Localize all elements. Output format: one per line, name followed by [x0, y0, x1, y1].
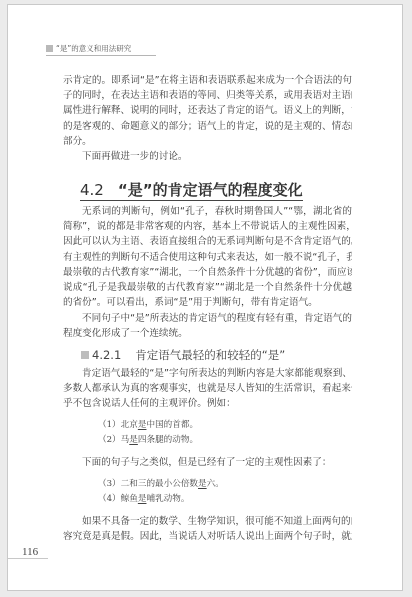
example-text: 哺乳动物。	[146, 494, 189, 504]
header-square-marker	[46, 45, 53, 52]
example-2: （2）马是四条腿的动物。	[98, 433, 198, 448]
paragraph-5: 肯定语气最轻的“是”字句所表达的判断内容是大家都能观察到、 多数人都承认为真的客…	[63, 366, 352, 412]
text-line: 无系词的判断句，例如“孔子，春秋时期鲁国人”“鄂，湖北省的	[63, 204, 352, 219]
paragraph-4: 不同句子中“是”所表达的肯定语气的程度有轻有重，肯定语气的 程度变化形成了一个连…	[63, 311, 352, 341]
example-number: （3）	[98, 479, 121, 489]
example-number: （1）	[98, 420, 121, 430]
paragraph-2: 下面再做进一步的讨论。	[63, 149, 352, 164]
paragraph-6: 下面的句子与之类似，但是已经有了一定的主观性因素了：	[63, 455, 352, 470]
example-4: （4）鲸鱼是哺乳动物。	[98, 492, 189, 507]
text-line: 的省份”。可以看出，系词“是”用于判断句，带有肯定语气。	[63, 295, 352, 310]
running-header-text: “是”的意义和用法研究	[56, 44, 131, 53]
section-number: 4.2	[80, 181, 104, 199]
text-line: 多数人都承认为真的客观事实，也就是尽人皆知的生活常识，看起来似	[63, 381, 352, 396]
paragraph-7: 如果不具备一定的数学、生物学知识，很可能不知道上面两句的内 容究竟是真是假。因此…	[63, 514, 352, 544]
example-emphasis: 是	[198, 479, 207, 489]
example-text: 六。	[207, 479, 224, 489]
page-number: 116	[22, 546, 40, 558]
section-heading: 4.2“是”的肯定语气的程度变化	[80, 182, 303, 201]
text-line: 示肯定的。即系词“是”在将主语和表语联系起来成为一个合语法的句	[63, 73, 352, 88]
text-line: 乎不包含说话人任何的主观评价。例如：	[63, 396, 352, 411]
text-line: 的是客观的、命题意义的部分；语气上的肯定，说的是主观的、情态的	[63, 119, 352, 134]
example-3: （3）二和三的最小公倍数是六。	[98, 477, 224, 492]
example-text: 北京	[121, 420, 138, 430]
example-text: 中国的首都。	[146, 420, 198, 430]
text-line: 属性进行解释、说明的同时，还表达了肯定的语气。语义上的判断，说	[63, 103, 352, 118]
example-text: 四条腿的动物。	[138, 435, 198, 445]
paragraph-1: 示肯定的。即系词“是”在将主语和表语联系起来成为一个合语法的句 子的同时，在表达…	[63, 73, 352, 149]
text-line: 容究竟是真是假。因此，当说话人对听话人说出上面两个句子时，就意	[63, 529, 352, 544]
text-line: 下面的句子与之类似，但是已经有了一定的主观性因素了：	[63, 455, 352, 470]
text-line: 下面再做进一步的讨论。	[63, 149, 352, 164]
text-line: 如果不具备一定的数学、生物学知识，很可能不知道上面两句的内	[63, 514, 352, 529]
text-line: 部分。	[63, 134, 352, 149]
subsection-number: 4.2.1	[92, 348, 121, 362]
text-line: 说成“孔子是我最崇敬的古代教育家”“湖北是一个自然条件十分优越	[63, 280, 352, 295]
text-line: 有主观性的判断句不适合使用这种句式来表达，如一般不说“孔子，我	[63, 250, 352, 265]
example-text: 马	[121, 435, 130, 445]
text-line: 因此可以认为主语、表语直接组合的无系词判断句是不含肯定语气的。	[63, 234, 352, 249]
text-line: 最崇敬的古代教育家”“湖北，一个自然条件十分优越的省份”，而应该	[63, 265, 352, 280]
text-line: 简称”，说的都是非常客观的内容，基本上不带说话人的主观性因素，	[63, 219, 352, 234]
section-title: “是”的肯定语气的程度变化	[118, 181, 303, 199]
subsection-heading: 4.2.1肯定语气最轻的和较轻的“是”	[81, 347, 285, 363]
example-text: 二和三的最小公倍数	[121, 479, 198, 489]
example-emphasis: 是	[129, 435, 138, 445]
text-line: 不同句子中“是”所表达的肯定语气的程度有轻有重，肯定语气的	[63, 311, 352, 326]
text-line: 肯定语气最轻的“是”字句所表达的判断内容是大家都能观察到、	[63, 366, 352, 381]
text-line: 程度变化形成了一个连续统。	[63, 326, 352, 341]
text-line: 子的同时，在表达主语和表语的等同、归类等关系，或用表语对主语的	[63, 88, 352, 103]
subsection-square-marker	[81, 351, 89, 359]
paragraph-3: 无系词的判断句，例如“孔子，春秋时期鲁国人”“鄂，湖北省的 简称”，说的都是非常…	[63, 204, 352, 310]
example-number: （2）	[98, 435, 121, 445]
example-1: （1）北京是中国的首都。	[98, 418, 198, 433]
example-text: 鲸鱼	[121, 494, 138, 504]
subsection-title: 肯定语气最轻的和较轻的“是”	[135, 348, 285, 362]
example-number: （4）	[98, 494, 121, 504]
footer-rule	[7, 558, 48, 559]
running-header: “是”的意义和用法研究	[46, 43, 156, 56]
